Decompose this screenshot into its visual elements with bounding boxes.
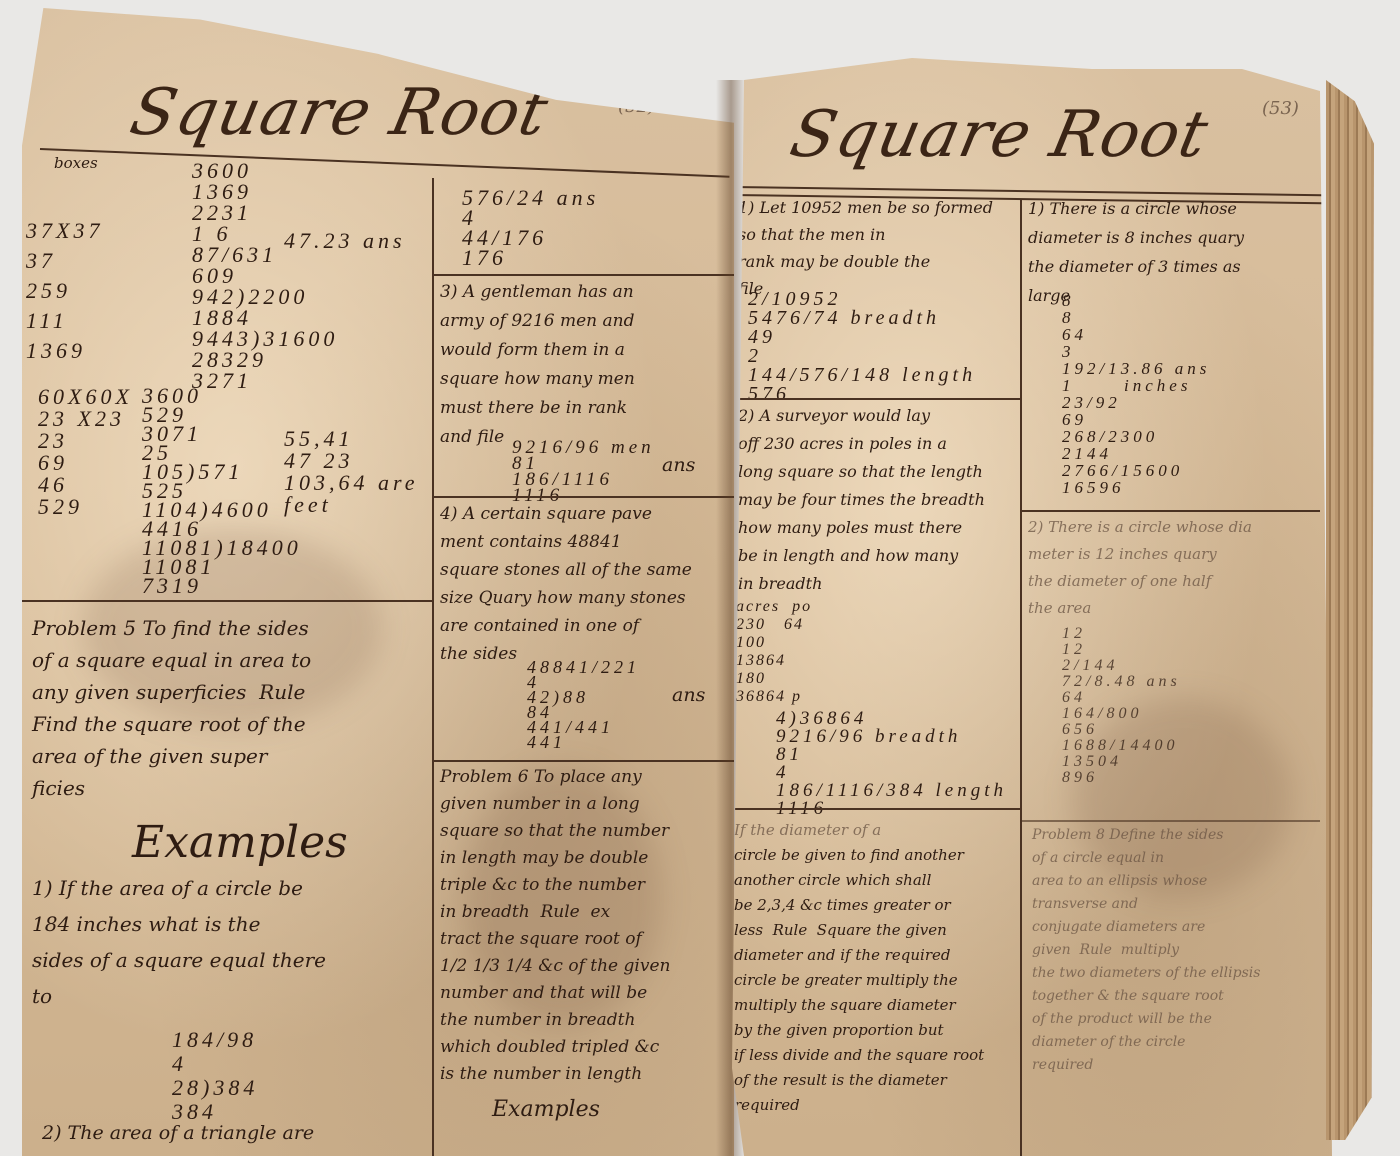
example-2-text: 2) The area of a triangle are (42, 1118, 314, 1149)
column-divider (1020, 200, 1022, 1156)
problem-5-text: Problem 5 To find the sides of a square … (32, 612, 311, 804)
problem-3-calculation: 9216/96 men 81 186/1116 1116 (512, 440, 655, 504)
problem-2-text: 2) A surveyor would lay off 230 acres in… (738, 402, 985, 598)
example-1-text: 1) If the area of a circle be 184 inches… (32, 870, 326, 1014)
column-divider (432, 178, 434, 1156)
problem-2-calculation: 4)36864 9216/96 breadth 81 4 186/1116/38… (776, 710, 1007, 818)
problem-8-text: Problem 8 Define the sides of a circle e… (1032, 824, 1260, 1077)
square-root-calculation: 3600 529 3071 25 105)571 525 1104)4600 4… (142, 386, 302, 595)
section-rule (732, 398, 1020, 400)
section-rule (732, 808, 1020, 810)
answer-text: 55,41 47 23 103,64 are feet (284, 428, 419, 516)
circle-problem-2-text: 2) There is a circle whose dia meter is … (1028, 514, 1252, 622)
circle-problem-1-calculation: 8 8 64 3 192/13.86 ans 1 inches 23/92 69… (1062, 292, 1210, 496)
side-note: boxes (54, 148, 98, 178)
side-calc: 37X37 37 259 111 1369 (26, 216, 103, 366)
page-edges (1326, 80, 1374, 1140)
problem-2-side-calculation: acres po 230 64 100 13864 180 36864 p (736, 598, 812, 706)
section-rule (1020, 510, 1320, 512)
problem-3-text: 3) A gentleman has an army of 9216 men a… (440, 278, 635, 452)
problem-6-text: Problem 6 To place any given number in a… (440, 764, 670, 1088)
examples-heading: Examples (132, 818, 348, 868)
section-rule (22, 600, 432, 602)
section-rule (1020, 820, 1320, 822)
section-rule (432, 496, 734, 498)
right-page: Square Root (53) 1) Let 10952 men be so … (732, 58, 1332, 1156)
section-rule (432, 760, 734, 762)
page-title-left: Square Root (124, 76, 555, 150)
calculation-top: 576/24 ans 4 44/176 176 (462, 188, 599, 268)
open-manuscript-book: Square Root (52) boxes 37X37 37 259 111 … (0, 0, 1400, 1156)
square-root-calculation: 3600 1369 2231 1 6 87/631 609 942)2200 1… (192, 160, 338, 391)
example-1-calculation: 184/98 4 28)384 384 (172, 1028, 258, 1124)
examples-label: Examples (492, 1094, 600, 1125)
problem-1-text: 1) Let 10952 men be so formed so that th… (738, 194, 993, 302)
page-number-right: (53) (1262, 98, 1299, 119)
left-page: Square Root (52) boxes 37X37 37 259 111 … (22, 8, 734, 1156)
answer-text: ans (662, 450, 695, 481)
problem-circle-rule-text: If the diameter of a circle be given to … (734, 818, 984, 1118)
page-number-left: (52) (618, 96, 655, 117)
header-rule (40, 148, 730, 178)
problem-1-calculation: 2/10952 5476/74 breadth 49 2 144/576/148… (748, 290, 976, 404)
circle-problem-2-calculation: 12 12 2/144 72/8.48 ans 64 164/800 656 1… (1062, 626, 1181, 786)
problem-4-calculation: 48841/221 4 42)88 84 441/441 441 (527, 660, 640, 750)
page-title-right: Square Root (784, 98, 1215, 172)
answer-text: ans (672, 680, 705, 711)
section-rule (432, 274, 734, 276)
problem-4-text: 4) A certain square pave ment contains 4… (440, 500, 692, 668)
side-calc: 60X60X 23 X23 23 69 46 529 (38, 386, 133, 518)
answer-text: 47.23 ans (284, 230, 406, 252)
